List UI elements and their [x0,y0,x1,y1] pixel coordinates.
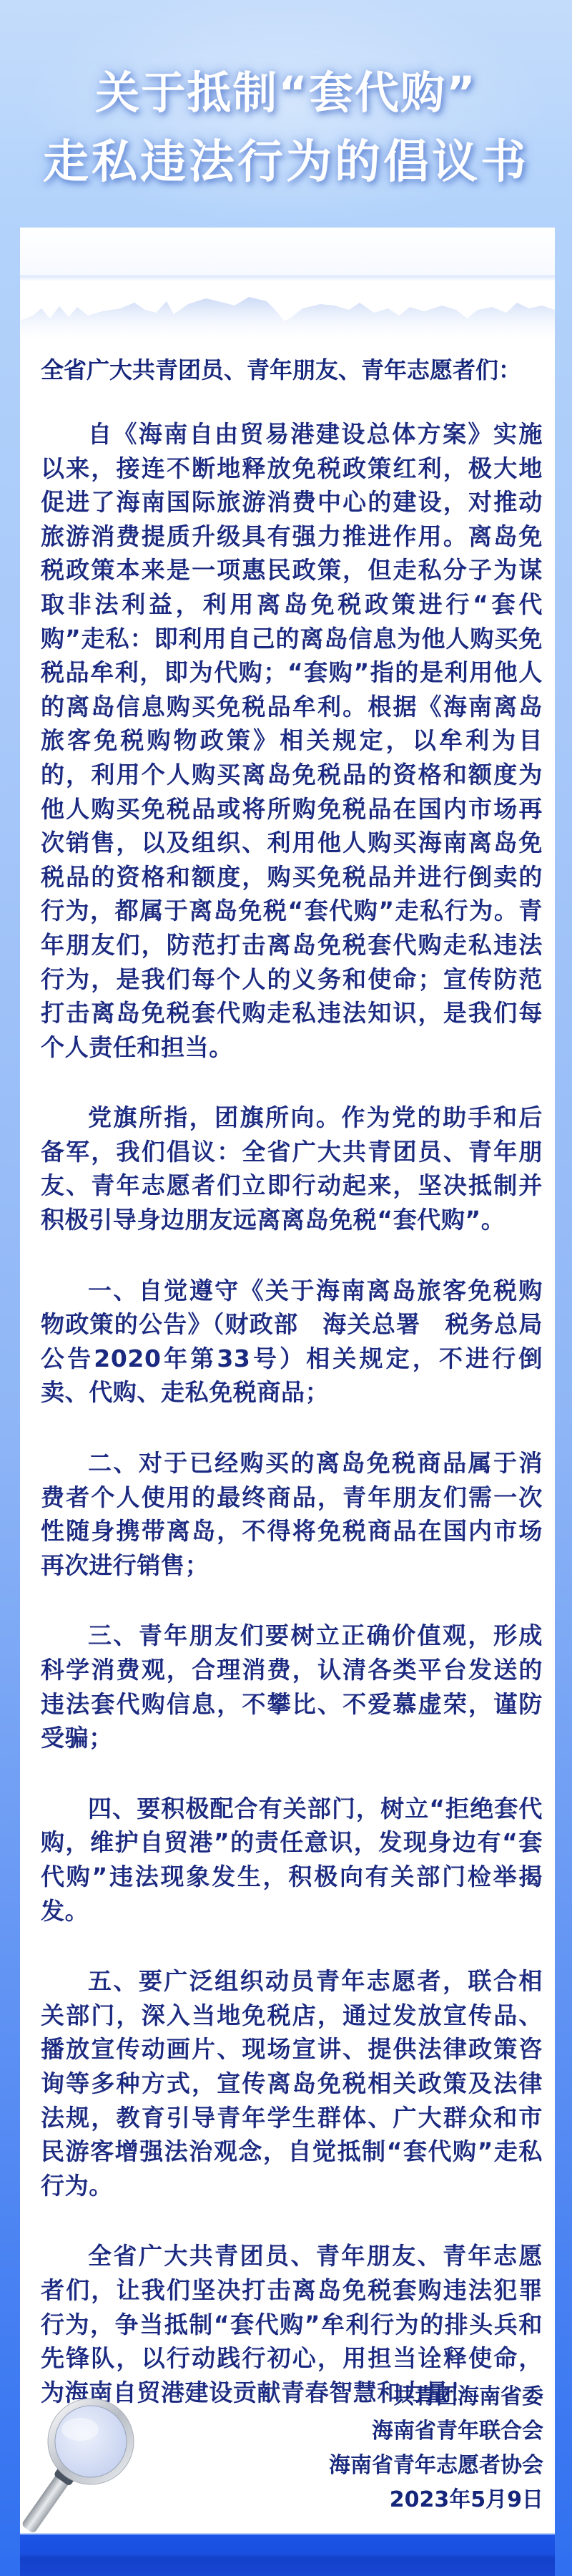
paragraph-intro: 自《海南自由贸易港建设总体方案》实施以来，接连不断地释放免税政策红利，极大地促进… [41,417,543,1064]
proposal-item-1: 一、自觉遵守《关于海南离岛旅客免税购物政策的公告》（财政部 海关总署 税务总局公… [41,1274,543,1410]
mountain-silhouette-icon [20,281,555,346]
signature-date: 2023年5月9日 [329,2483,543,2517]
paragraph-call: 党旗所指，团旗所向。作为党的助手和后备军，我们倡议：全省广大共青团员、青年朋友、… [41,1101,543,1236]
proposal-item-3: 三、青年朋友们要树立正确价值观，形成科学消费观，合理消费，认清各类平台发送的违法… [41,1619,543,1755]
signature-org-3: 海南省青年志愿者协会 [329,2449,543,2483]
letter-greeting: 全省广大共青团员、青年朋友、青年志愿者们： [41,353,521,387]
card-top-band [20,228,555,277]
letter-card: 全省广大共青团员、青年朋友、青年志愿者们： 自《海南自由贸易港建设总体方案》实施… [20,228,555,2533]
proposal-item-2: 二、对于已经购买的离岛免税商品属于消费者个人使用的最终商品，青年朋友们需一次性随… [41,1446,543,1582]
signature-org-1: 共青团海南省委 [329,2380,543,2414]
signature-block: 共青团海南省委 海南省青年联合会 海南省青年志愿者协会 2023年5月9日 [329,2380,543,2517]
page-title-line-2: 走私违法行为的倡议书 [0,140,572,185]
signature-org-2: 海南省青年联合会 [329,2414,543,2449]
page-title-line-1: 关于抵制“套代购” [0,71,572,115]
letter-body: 自《海南自由贸易港建设总体方案》实施以来，接连不断地释放免税政策红利，极大地促进… [41,417,543,2446]
card-top-band-edge [20,275,555,281]
magnifying-glass-icon [0,2390,143,2540]
proposal-item-5: 五、要广泛组织动员青年志愿者，联合相关部门，深入当地免税店，通过发放宣传品、播放… [41,1964,543,2202]
proposal-item-4: 四、要积极配合有关部门，树立“拒绝套代购，维护自贸港”的责任意识，发现身边有“套… [41,1792,543,1928]
